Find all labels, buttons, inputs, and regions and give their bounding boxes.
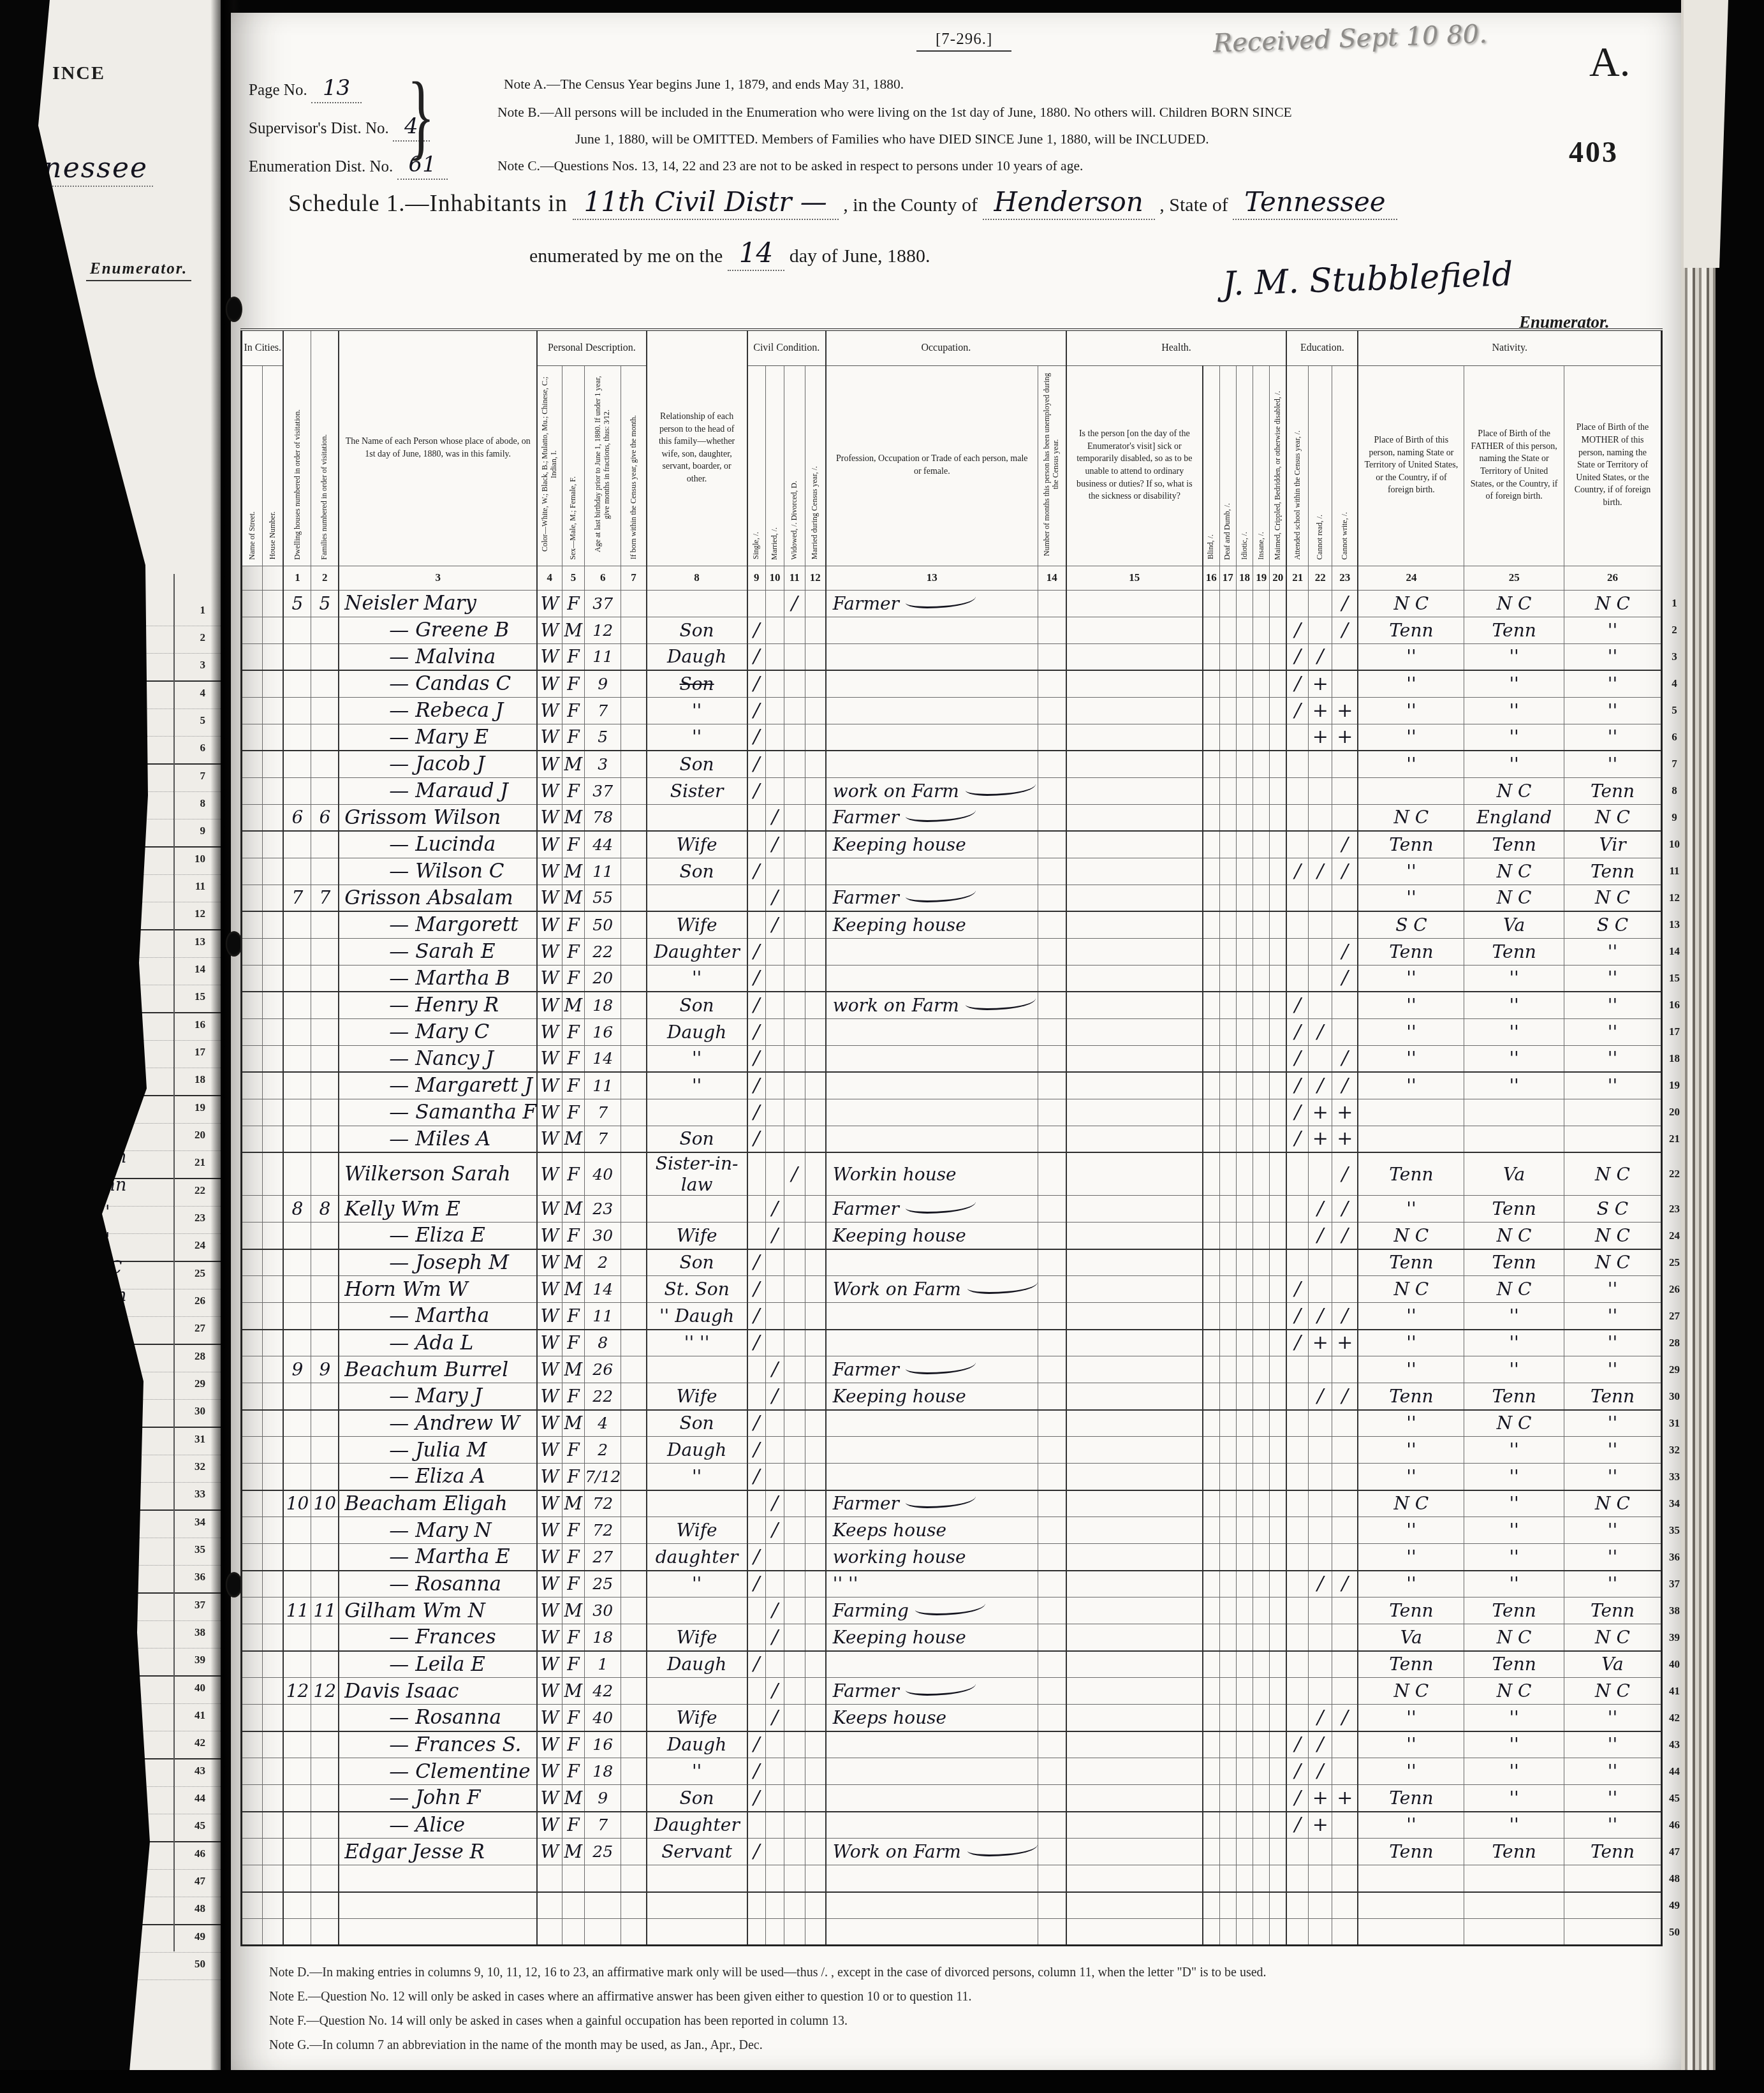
- cell-dwelling-no: [283, 1330, 311, 1356]
- cell-months-unemployed: [1038, 1865, 1066, 1892]
- cell-birthplace-self: '': [1358, 992, 1464, 1018]
- cell-married-mark: [765, 1812, 784, 1839]
- cell-widowed-mark: [784, 1356, 805, 1383]
- cell-house: [263, 1758, 284, 1785]
- cell-relationship: [647, 804, 747, 831]
- cell-married-in-year-mark: [805, 1812, 826, 1839]
- cell-idiotic: [1236, 858, 1253, 885]
- cell-dwelling-no: [283, 1276, 311, 1303]
- cell-married-in-year-mark: [805, 1839, 826, 1865]
- cell-widowed-mark: [784, 1785, 805, 1812]
- cell-sex: F: [562, 1383, 584, 1410]
- cell-relationship: Daugh: [647, 1437, 747, 1464]
- cell-birth-month: [621, 1571, 647, 1597]
- cell-color: W: [537, 1383, 562, 1410]
- cell-sex: M: [562, 1249, 584, 1276]
- cell-widowed-mark: [784, 1330, 805, 1356]
- cell-deaf-dumb: [1219, 1544, 1236, 1571]
- cell-idiotic: [1236, 885, 1253, 911]
- cell-house: [263, 777, 284, 804]
- cell-attended-school: [1286, 1678, 1309, 1705]
- cell-idiotic: [1236, 1517, 1253, 1544]
- prev-row-number: 47: [195, 1875, 205, 1888]
- cell-name: Horn Wm W: [339, 1276, 537, 1303]
- cell-house: [263, 965, 284, 992]
- cell-married-mark: [765, 1651, 784, 1678]
- cell-name: Wilkerson Sarah: [339, 1152, 537, 1196]
- cell-widowed-mark: [784, 1705, 805, 1731]
- cell-cannot-write: [1332, 1731, 1358, 1758]
- cell-deaf-dumb: [1219, 1919, 1236, 1946]
- cell-family-no: [311, 1018, 339, 1045]
- cell-cannot-read: /: [1309, 1383, 1332, 1410]
- cell-birthplace-father: '': [1464, 670, 1564, 697]
- cell-birthplace-father: '': [1464, 1571, 1564, 1597]
- cell-idiotic: [1236, 1223, 1253, 1249]
- cell-dwelling-no: [283, 1018, 311, 1045]
- cell-occupation: Keeping house: [826, 1624, 1038, 1651]
- cell-birthplace-father: N C: [1464, 1410, 1564, 1437]
- cell-idiotic: [1236, 751, 1253, 777]
- cell-disabled: [1270, 1651, 1286, 1678]
- cell-widowed-mark: /: [784, 590, 805, 617]
- cell-birthplace-self: '': [1358, 885, 1464, 911]
- cell-widowed-mark: [784, 1865, 805, 1892]
- prev-row-number: 50: [195, 1958, 205, 1971]
- cell-disabled: [1270, 617, 1286, 643]
- cell-sickness: [1066, 1597, 1203, 1624]
- cell-birthplace-mother: '': [1564, 670, 1661, 697]
- cell-birthplace-self: [1358, 1126, 1464, 1152]
- cell-single-mark: /: [747, 1785, 766, 1812]
- prev-row-number: 10: [195, 853, 205, 865]
- note-c: Note C.—Questions Nos. 13, 14, 22 and 23…: [497, 158, 1083, 174]
- cell-attended-school: [1286, 590, 1309, 617]
- cell-widowed-mark: [784, 1839, 805, 1865]
- cell-sex: F: [562, 1152, 584, 1196]
- cell-dwelling-no: [283, 643, 311, 670]
- cell-blind: [1203, 1705, 1219, 1731]
- pen-flourish: [906, 591, 976, 608]
- cell-relationship: Daughter: [647, 938, 747, 965]
- cell-attended-school: [1286, 885, 1309, 911]
- cell-insane: [1253, 1839, 1270, 1865]
- cell-occupation: [826, 617, 1038, 643]
- cell-relationship: Wife: [647, 1705, 747, 1731]
- cell-age: 5: [585, 724, 621, 751]
- cell-sickness: [1066, 724, 1203, 751]
- cell-birthplace-mother: '': [1564, 1276, 1661, 1303]
- cell-disabled: [1270, 1045, 1286, 1072]
- cell-widowed-mark: [784, 1571, 805, 1597]
- cell-months-unemployed: [1038, 1758, 1066, 1785]
- cell-dwelling-no: [283, 1099, 311, 1126]
- cell-deaf-dumb: [1219, 1731, 1236, 1758]
- cell-relationship: Son: [647, 1126, 747, 1152]
- group-nativity: Nativity.: [1358, 330, 1661, 365]
- cell-widowed-mark: [784, 670, 805, 697]
- cell-family-no: [311, 911, 339, 938]
- binder-hole: [226, 297, 242, 322]
- prev-row-number: 48: [195, 1902, 205, 1915]
- cell-dwelling-no: [283, 1437, 311, 1464]
- cell-birthplace-father: '': [1464, 1705, 1564, 1731]
- cell-color: W: [537, 1126, 562, 1152]
- cell-sex: F: [562, 1651, 584, 1678]
- cell-birthplace-self: '': [1358, 858, 1464, 885]
- cell-widowed-mark: [784, 804, 805, 831]
- cell-attended-school: [1286, 751, 1309, 777]
- cell-birth-month: [621, 1544, 647, 1571]
- cell-birthplace-mother: '': [1564, 992, 1661, 1018]
- cell-married-mark: [765, 1018, 784, 1045]
- cell-family-no: [311, 1072, 339, 1099]
- cell-family-no: [311, 1464, 339, 1490]
- cell-color: W: [537, 992, 562, 1018]
- prev-row-number: 17: [195, 1046, 205, 1059]
- note-b-line1: Note B.—All persons will be included in …: [497, 105, 1292, 121]
- cell-relationship: Daugh: [647, 1651, 747, 1678]
- cell-birthplace-self: '': [1358, 1517, 1464, 1544]
- cell-married-mark: [765, 1303, 784, 1330]
- cell-months-unemployed: [1038, 1072, 1066, 1099]
- cell-relationship: [647, 1490, 747, 1517]
- cell-attended-school: [1286, 1356, 1309, 1383]
- header-street: Name of Street.: [242, 365, 263, 566]
- cell-idiotic: [1236, 1410, 1253, 1437]
- cell-disabled: [1270, 858, 1286, 885]
- cell-sickness: [1066, 1624, 1203, 1651]
- cell-single-mark: /: [747, 1072, 766, 1099]
- cell-widowed-mark: [784, 1276, 805, 1303]
- cell-attended-school: [1286, 1651, 1309, 1678]
- cell-color: W: [537, 1072, 562, 1099]
- cell-name: — Miles A: [339, 1126, 537, 1152]
- cell-relationship: '': [647, 1045, 747, 1072]
- cell-sex: M: [562, 858, 584, 885]
- cell-relationship: Daugh: [647, 643, 747, 670]
- cell-deaf-dumb: [1219, 1812, 1236, 1839]
- cell-disabled: [1270, 1624, 1286, 1651]
- cell-color: W: [537, 1678, 562, 1705]
- cell-married-mark: /: [765, 1678, 784, 1705]
- cell-widowed-mark: [784, 697, 805, 724]
- cell-dwelling-no: [283, 1464, 311, 1490]
- cell-months-unemployed: [1038, 1785, 1066, 1812]
- cell-sickness: [1066, 1330, 1203, 1356]
- cell-house: [263, 1196, 284, 1223]
- cell-street: [242, 1356, 263, 1383]
- cell-attended-school: /: [1286, 1731, 1309, 1758]
- cell-birthplace-father: [1464, 1865, 1564, 1892]
- cell-cannot-read: [1309, 751, 1332, 777]
- cell-color: W: [537, 697, 562, 724]
- cell-cannot-read: [1309, 911, 1332, 938]
- cell-attended-school: [1286, 1223, 1309, 1249]
- cell-insane: [1253, 1865, 1270, 1892]
- cell-sex: F: [562, 965, 584, 992]
- cell-widowed-mark: [784, 1597, 805, 1624]
- cell-age: 20: [585, 965, 621, 992]
- cell-birthplace-self: '': [1358, 1303, 1464, 1330]
- column-number: 3: [339, 566, 537, 590]
- cell-relationship: [647, 1865, 747, 1892]
- column-number: [263, 566, 284, 590]
- cell-married-mark: [765, 1126, 784, 1152]
- cell-birth-month: [621, 1678, 647, 1705]
- cell-birthplace-self: '': [1358, 1464, 1464, 1490]
- cell-dwelling-no: [283, 1249, 311, 1276]
- cell-relationship: Son: [647, 992, 747, 1018]
- cell-birthplace-self: '': [1358, 697, 1464, 724]
- cell-birthplace-mother: '': [1564, 1330, 1661, 1356]
- cell-birthplace-mother: N C: [1564, 590, 1661, 617]
- cell-birth-month: [621, 777, 647, 804]
- cell-birthplace-father: '': [1464, 1018, 1564, 1045]
- cell-name: — Rosanna: [339, 1705, 537, 1731]
- cell-idiotic: [1236, 697, 1253, 724]
- cell-idiotic: [1236, 1276, 1253, 1303]
- cell-disabled: [1270, 1839, 1286, 1865]
- cell-sex: M: [562, 1490, 584, 1517]
- cell-married-mark: [765, 590, 784, 617]
- cell-age: 7: [585, 697, 621, 724]
- cell-color: W: [537, 1249, 562, 1276]
- cell-color: W: [537, 1018, 562, 1045]
- cell-relationship: '' Daugh: [647, 1303, 747, 1330]
- cell-birthplace-father: '': [1464, 1758, 1564, 1785]
- cell-married-mark: /: [765, 911, 784, 938]
- cell-street: [242, 938, 263, 965]
- cell-months-unemployed: [1038, 1464, 1066, 1490]
- cell-age: 16: [585, 1731, 621, 1758]
- prev-page-caps-fragment: INCE: [52, 62, 105, 84]
- cell-single-mark: [747, 804, 766, 831]
- cell-street: [242, 1196, 263, 1223]
- cell-months-unemployed: [1038, 1571, 1066, 1597]
- cell-street: [242, 1919, 263, 1946]
- cell-dwelling-no: 9: [283, 1356, 311, 1383]
- cell-months-unemployed: [1038, 1839, 1066, 1865]
- cell-idiotic: [1236, 1303, 1253, 1330]
- cell-married-mark: /: [765, 1383, 784, 1410]
- cell-birthplace-self: '': [1358, 1544, 1464, 1571]
- cell-occupation: '' '': [826, 1571, 1038, 1597]
- cell-house: [263, 590, 284, 617]
- cell-married-in-year-mark: [805, 751, 826, 777]
- cell-relationship: '': [647, 965, 747, 992]
- cell-color: W: [537, 1651, 562, 1678]
- cell-married-in-year-mark: [805, 590, 826, 617]
- cell-relationship: [647, 1099, 747, 1126]
- cell-cannot-write: [1332, 1490, 1358, 1517]
- cell-birthplace-self: N C: [1358, 1678, 1464, 1705]
- cell-disabled: [1270, 965, 1286, 992]
- cell-blind: [1203, 1223, 1219, 1249]
- prev-row-number: 15: [195, 990, 205, 1003]
- cell-deaf-dumb: [1219, 911, 1236, 938]
- cell-birthplace-self: [1358, 1865, 1464, 1892]
- note-f: Note F.—Question No. 14 will only be ask…: [269, 2014, 848, 2029]
- cell-street: [242, 590, 263, 617]
- cell-insane: [1253, 751, 1270, 777]
- cell-birthplace-mother: '': [1564, 1437, 1661, 1464]
- cell-street: [242, 992, 263, 1018]
- cell-married-in-year-mark: [805, 938, 826, 965]
- cell-dwelling-no: [283, 1785, 311, 1812]
- cell-birth-month: [621, 1892, 647, 1919]
- cell-family-no: [311, 938, 339, 965]
- cell-idiotic: [1236, 777, 1253, 804]
- cell-occupation: [826, 1018, 1038, 1045]
- cell-sex: M: [562, 804, 584, 831]
- cell-single-mark: /: [747, 858, 766, 885]
- cell-cannot-write: [1332, 1356, 1358, 1383]
- cell-married-mark: [765, 1249, 784, 1276]
- cell-birthplace-father: '': [1464, 697, 1564, 724]
- cell-blind: [1203, 1018, 1219, 1045]
- cell-birthplace-self: '': [1358, 1758, 1464, 1785]
- cell-blind: [1203, 1196, 1219, 1223]
- cell-color: W: [537, 643, 562, 670]
- cell-attended-school: [1286, 1437, 1309, 1464]
- cell-family-no: [311, 992, 339, 1018]
- cell-birthplace-father: '': [1464, 965, 1564, 992]
- cell-family-no: [311, 1731, 339, 1758]
- cell-insane: [1253, 1571, 1270, 1597]
- cell-family-no: [311, 858, 339, 885]
- cell-street: [242, 1464, 263, 1490]
- cell-cannot-read: +: [1309, 1812, 1332, 1839]
- prev-page-rule: [173, 574, 175, 1951]
- cell-birthplace-mother: '': [1564, 1464, 1661, 1490]
- cell-birth-month: [621, 1464, 647, 1490]
- cell-married-mark: [765, 858, 784, 885]
- prev-row-number: 3: [200, 659, 206, 672]
- cell-single-mark: [747, 1597, 766, 1624]
- cell-occupation: [826, 1731, 1038, 1758]
- cell-months-unemployed: [1038, 1045, 1066, 1072]
- cell-birth-month: [621, 1865, 647, 1892]
- cell-deaf-dumb: [1219, 1597, 1236, 1624]
- cell-age: 9: [585, 1785, 621, 1812]
- cell-sickness: [1066, 777, 1203, 804]
- cell-cannot-write: [1332, 1597, 1358, 1624]
- column-number: 7: [621, 566, 647, 590]
- column-number: 23: [1332, 566, 1358, 590]
- cell-age: 7/12: [585, 1464, 621, 1490]
- cell-birthplace-self: N C: [1358, 1276, 1464, 1303]
- cell-months-unemployed: [1038, 1678, 1066, 1705]
- cell-blind: [1203, 1126, 1219, 1152]
- cell-months-unemployed: [1038, 1517, 1066, 1544]
- corner-letter: A.: [1589, 38, 1630, 87]
- cell-dwelling-no: 11: [283, 1597, 311, 1624]
- cell-birth-month: [621, 831, 647, 858]
- cell-cannot-read: /: [1309, 858, 1332, 885]
- cell-birthplace-mother: N C: [1564, 1624, 1661, 1651]
- cell-cannot-read: [1309, 1276, 1332, 1303]
- cell-married-in-year-mark: [805, 670, 826, 697]
- cell-house: [263, 1490, 284, 1517]
- cell-sickness: [1066, 1571, 1203, 1597]
- cell-birth-month: [621, 697, 647, 724]
- cell-street: [242, 1152, 263, 1196]
- cell-occupation: [826, 858, 1038, 885]
- cell-house: [263, 1045, 284, 1072]
- cell-single-mark: /: [747, 1099, 766, 1126]
- cell-sickness: [1066, 1464, 1203, 1490]
- cell-married-in-year-mark: [805, 1099, 826, 1126]
- cell-age: 25: [585, 1839, 621, 1865]
- cell-relationship: St. Son: [647, 1276, 747, 1303]
- cell-disabled: [1270, 1785, 1286, 1812]
- cell-cannot-read: [1309, 1410, 1332, 1437]
- prev-row-number: 20: [195, 1129, 205, 1142]
- cell-name: — Maraud J: [339, 777, 537, 804]
- cell-birth-month: [621, 1045, 647, 1072]
- cell-deaf-dumb: [1219, 885, 1236, 911]
- cell-name: — Lucinda: [339, 831, 537, 858]
- cell-family-no: [311, 1330, 339, 1356]
- cell-birth-month: [621, 1383, 647, 1410]
- cell-blind: [1203, 1651, 1219, 1678]
- cell-birthplace-father: '': [1464, 1330, 1564, 1356]
- cell-disabled: [1270, 1705, 1286, 1731]
- cell-relationship: '': [647, 1758, 747, 1785]
- cell-birthplace-father: Tenn: [1464, 1249, 1564, 1276]
- cell-sickness: [1066, 1383, 1203, 1410]
- cell-relationship: Daughter: [647, 1812, 747, 1839]
- cell-color: W: [537, 590, 562, 617]
- cell-insane: [1253, 1276, 1270, 1303]
- cell-idiotic: [1236, 1678, 1253, 1705]
- cell-cannot-read: +: [1309, 670, 1332, 697]
- cell-blind: [1203, 1919, 1219, 1946]
- cell-deaf-dumb: [1219, 938, 1236, 965]
- pen-flourish: [906, 1357, 976, 1374]
- cell-months-unemployed: [1038, 643, 1066, 670]
- prev-row-number: 6: [200, 742, 206, 754]
- cell-insane: [1253, 643, 1270, 670]
- cell-sickness: [1066, 1705, 1203, 1731]
- cell-months-unemployed: [1038, 1731, 1066, 1758]
- cell-dwelling-no: [283, 1865, 311, 1892]
- cell-family-no: [311, 1126, 339, 1152]
- cell-street: [242, 1410, 263, 1437]
- cell-married-mark: [765, 1437, 784, 1464]
- cell-sickness: [1066, 1839, 1203, 1865]
- cell-street: [242, 1624, 263, 1651]
- page-no-line: Page No. 13: [249, 75, 362, 101]
- cell-house: [263, 697, 284, 724]
- cell-blind: [1203, 1758, 1219, 1785]
- cell-age: 2: [585, 1249, 621, 1276]
- cell-family-no: [311, 777, 339, 804]
- schedule-prefix: Schedule 1.—Inhabitants in: [288, 191, 568, 217]
- cell-house: [263, 1249, 284, 1276]
- cell-insane: [1253, 1517, 1270, 1544]
- cell-house: [263, 885, 284, 911]
- cell-birthplace-self: [1358, 1892, 1464, 1919]
- cell-blind: [1203, 697, 1219, 724]
- cell-insane: [1253, 1410, 1270, 1437]
- cell-months-unemployed: [1038, 911, 1066, 938]
- cell-age: 16: [585, 1018, 621, 1045]
- cell-single-mark: [747, 590, 766, 617]
- cell-relationship: '': [647, 1571, 747, 1597]
- cell-house: [263, 804, 284, 831]
